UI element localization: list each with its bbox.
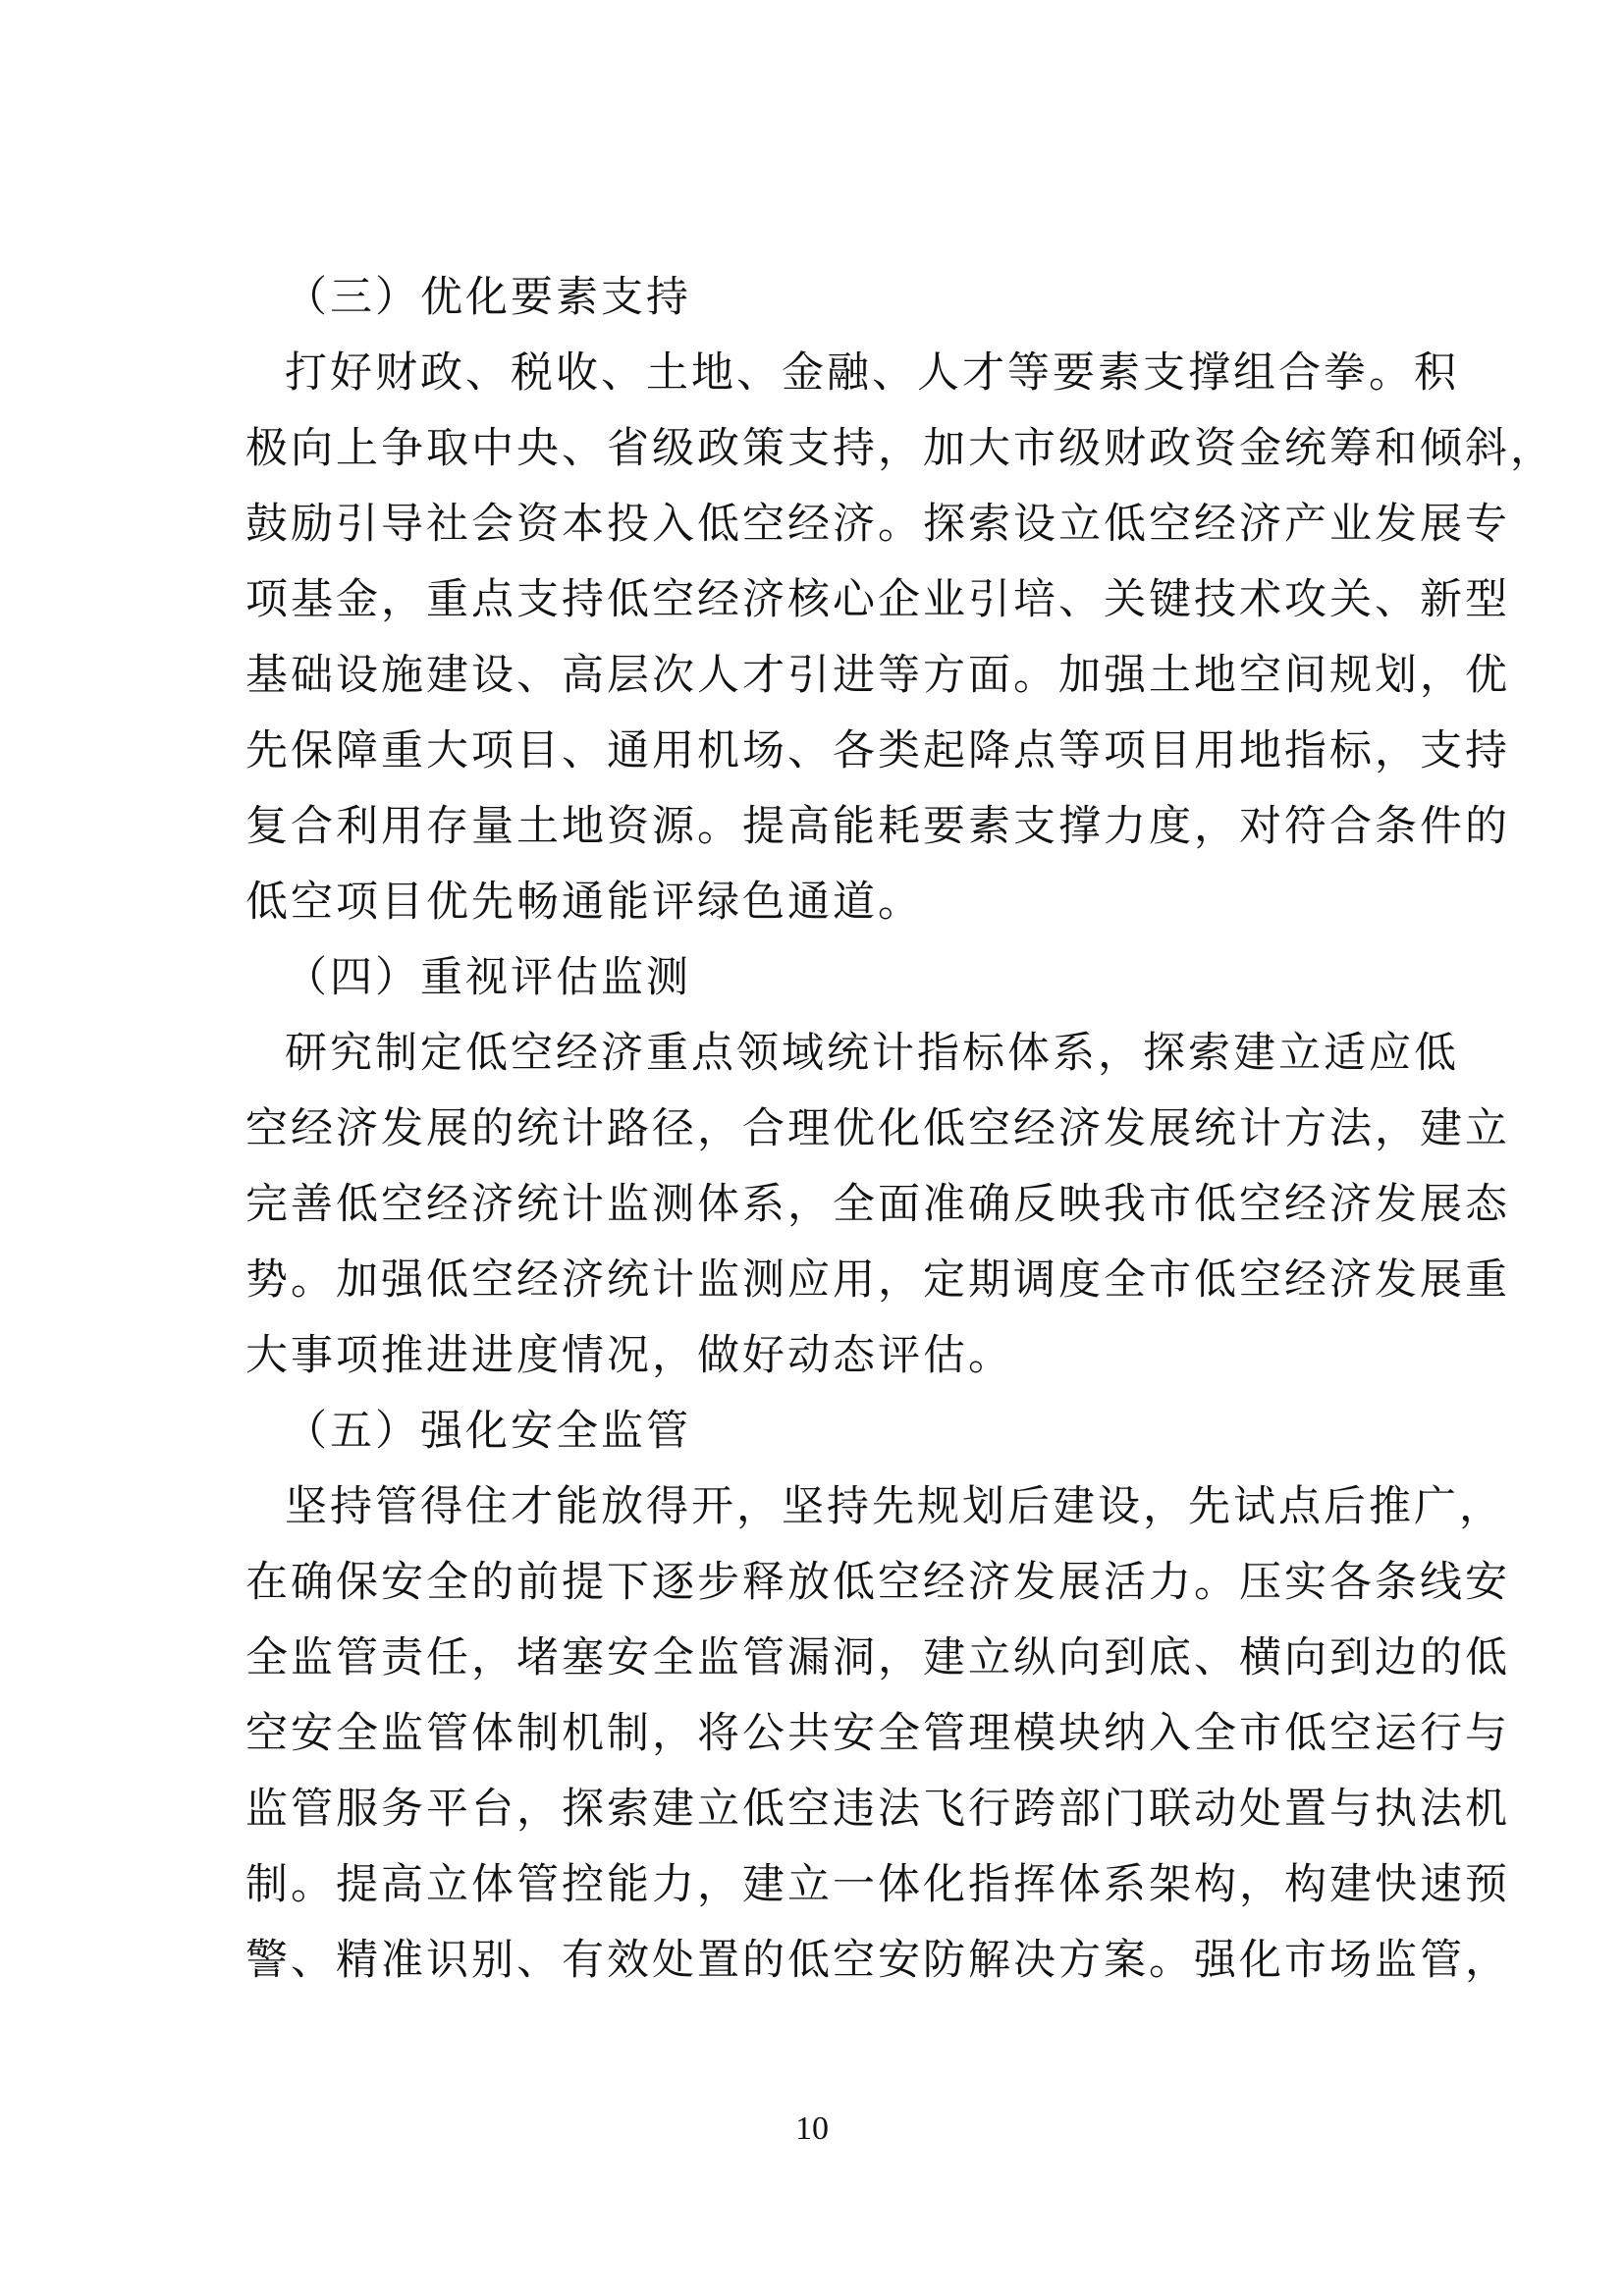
paragraph-line: 全监管责任，堵塞安全监管漏洞，建立纵向到底、横向到边的低 xyxy=(245,1621,1443,1696)
paragraph-line: 坚持管得住才能放得开，坚持先规划后建设，先试点后推广， xyxy=(245,1469,1443,1545)
paragraph-line: 在确保安全的前提下逐步释放低空经济发展活力。压实各条线安 xyxy=(245,1545,1443,1621)
paragraph-line: 低空项目优先畅通能评绿色通道。 xyxy=(245,865,1443,940)
paragraph-line: 研究制定低空经济重点领域统计指标体系，探索建立适应低 xyxy=(245,1016,1443,1092)
paragraph-line: 极向上争取中央、省级政策支持，加大市级财政资金统筹和倾斜， xyxy=(245,411,1443,487)
paragraph-line: 复合利用存量土地资源。提高能耗要素支撑力度，对符合条件的 xyxy=(245,789,1443,865)
section-heading: （三）优化要素支持 xyxy=(245,260,1443,336)
paragraph-line: 基础设施建设、高层次人才引进等方面。加强土地空间规划，优 xyxy=(245,638,1443,714)
section-body: 坚持管得住才能放得开，坚持先规划后建设，先试点后推广， 在确保安全的前提下逐步释… xyxy=(245,1469,1443,1999)
paragraph-line: 警、精准识别、有效处置的低空安防解决方案。强化市场监管， xyxy=(245,1923,1443,1999)
paragraph-line: 空经济发展的统计路径，合理优化低空经济发展统计方法，建立 xyxy=(245,1092,1443,1167)
paragraph-line: 完善低空经济统计监测体系，全面准确反映我市低空经济发展态 xyxy=(245,1167,1443,1243)
section-heading: （五）强化安全监管 xyxy=(245,1394,1443,1469)
section-heading: （四）重视评估监测 xyxy=(245,940,1443,1016)
paragraph-line: 鼓励引导社会资本投入低空经济。探索设立低空经济产业发展专 xyxy=(245,487,1443,562)
section-body: 打好财政、税收、土地、金融、人才等要素支撑组合拳。积 极向上争取中央、省级政策支… xyxy=(245,336,1443,940)
paragraph-line: 空安全监管体制机制，将公共安全管理模块纳入全市低空运行与 xyxy=(245,1696,1443,1772)
page-number: 10 xyxy=(0,2110,1624,2148)
document-page: （三）优化要素支持 打好财政、税收、土地、金融、人才等要素支撑组合拳。积 极向上… xyxy=(245,260,1443,1999)
paragraph-line: 大事项推进进度情况，做好动态评估。 xyxy=(245,1318,1443,1394)
paragraph-line: 制。提高立体管控能力，建立一体化指挥体系架构，构建快速预 xyxy=(245,1847,1443,1923)
paragraph-line: 势。加强低空经济统计监测应用，定期调度全市低空经济发展重 xyxy=(245,1243,1443,1318)
paragraph-line: 监管服务平台，探索建立低空违法飞行跨部门联动处置与执法机 xyxy=(245,1772,1443,1847)
section-body: 研究制定低空经济重点领域统计指标体系，探索建立适应低 空经济发展的统计路径，合理… xyxy=(245,1016,1443,1394)
paragraph-line: 先保障重大项目、通用机场、各类起降点等项目用地指标，支持 xyxy=(245,714,1443,789)
paragraph-line: 项基金，重点支持低空经济核心企业引培、关键技术攻关、新型 xyxy=(245,562,1443,638)
paragraph-line: 打好财政、税收、土地、金融、人才等要素支撑组合拳。积 xyxy=(245,336,1443,411)
